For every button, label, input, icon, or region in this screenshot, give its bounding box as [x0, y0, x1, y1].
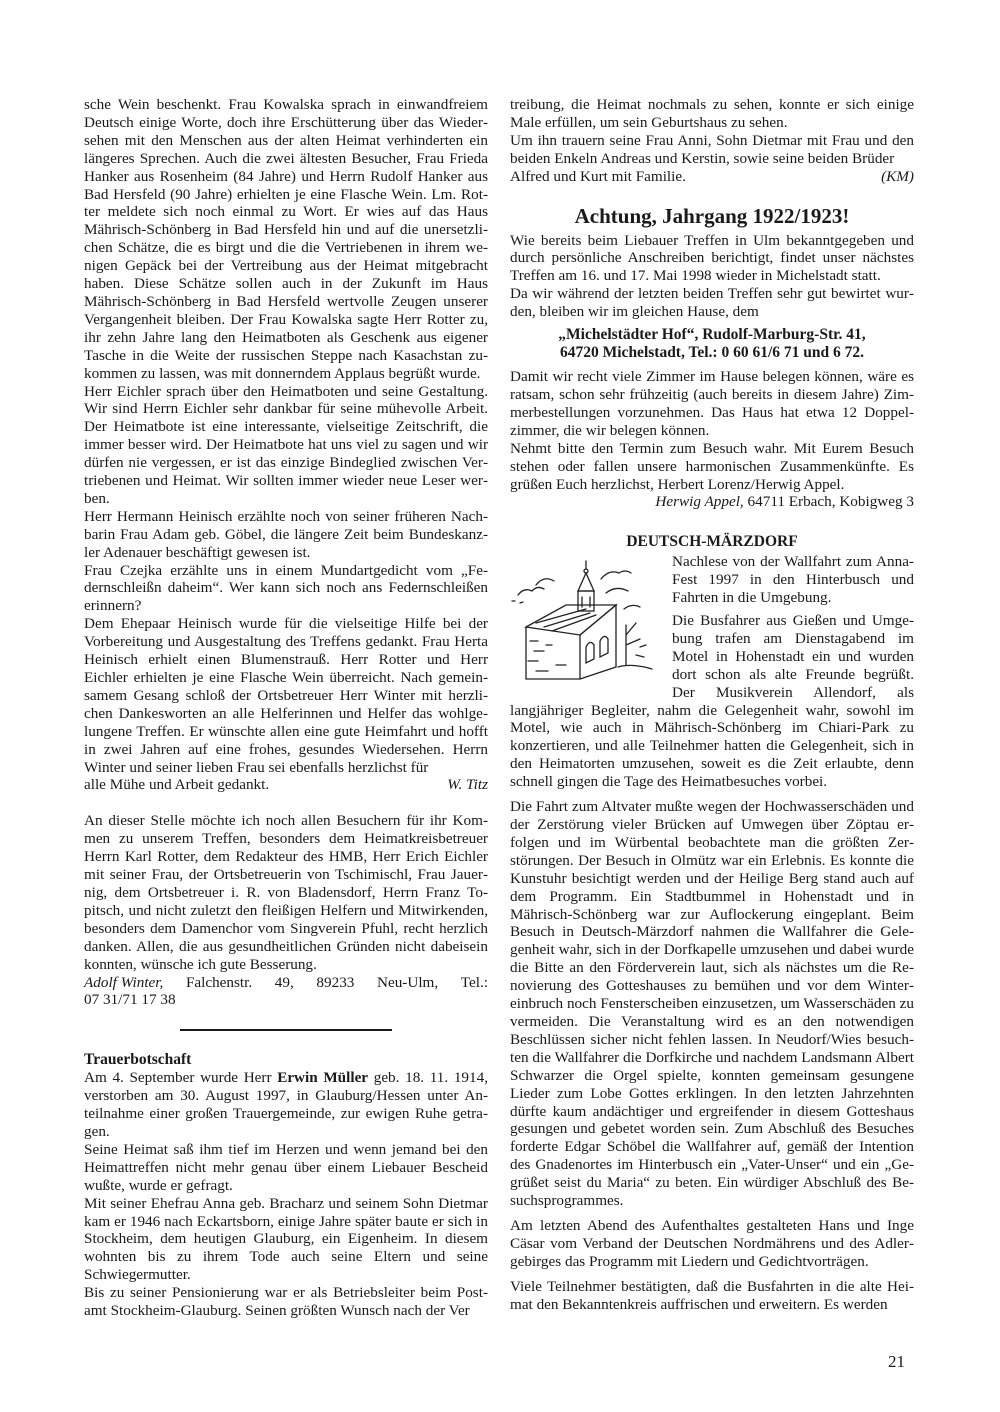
right-column: treibung, die Heimat nochmals zu sehen, …	[510, 96, 914, 1313]
obituary-paragraph: Mit seiner Ehefrau Anna geb. Bracharz un…	[84, 1195, 488, 1285]
signature-tel-label: Tel.:	[461, 974, 488, 992]
announcement-headline: Achtung, Jahrgang 1922/1923!	[510, 204, 914, 228]
page-number: 21	[888, 1352, 905, 1372]
hotel-address-line2: 64720 Michelstadt, Tel.: 0 60 61/6 71 un…	[510, 344, 914, 362]
section-divider	[180, 1029, 392, 1031]
signature-number: 49,	[275, 974, 294, 992]
announcement-signature: Herwig Appel, 64711 Erbach, Kobigweg 3	[510, 493, 914, 511]
report-paragraph: Dem Ehepaar Heinisch wurde für die viels…	[84, 615, 488, 776]
obituary-continued: treibung, die Heimat nochmals zu sehen, …	[510, 96, 914, 132]
obituary-author: (KM)	[881, 168, 914, 186]
report-paragraph: Herr Eichler sprach über den Heimatboten…	[84, 383, 488, 508]
obituary-intro: Am 4. September wurde Herr Erwin Müller …	[84, 1069, 488, 1141]
obituary-paragraph: Seine Heimat saß ihm tief im Herzen und …	[84, 1141, 488, 1195]
signature-zip: 89233	[316, 974, 354, 992]
obituary-closing-line: Alfred und Kurt mit Familie. (KM)	[510, 168, 914, 186]
report-closing-line: alle Mühe und Arbeit gedankt. W. Titz	[84, 776, 488, 794]
announcement-paragraph: Wie bereits beim Liebauer Treffen in Ulm…	[510, 232, 914, 286]
marzdorf-paragraph: Die Fahrt zum Altvater mußte wegen der H…	[510, 798, 914, 1210]
announcement-signature-address: 64711 Erbach, Kobigweg 3	[744, 493, 914, 510]
obituary-continued: Um ihn trauern seine Frau Anni, Sohn Die…	[510, 132, 914, 168]
signature-street: Falchenstr.	[186, 974, 252, 992]
thanks-paragraph: An dieser Stelle möchte ich noch allen B…	[84, 812, 488, 973]
announcement-paragraph: Da wir während der letzten beiden Treffe…	[510, 285, 914, 321]
marzdorf-paragraph: Am letzten Abend des Aufenthaltes gestal…	[510, 1217, 914, 1271]
marzdorf-heading: DEUTSCH-MÄRZDORF	[510, 533, 914, 551]
hotel-address: „Michelstädter Hof“, Rudolf-Marburg-Str.…	[510, 326, 914, 362]
announcement-paragraph: Damit wir recht viele Zimmer im Hause be…	[510, 368, 914, 440]
chapel-illustration	[506, 555, 666, 687]
announcement-paragraph: Nehmt bitte den Termin zum Besuch wahr. …	[510, 440, 914, 494]
report-paragraph: Herr Hermann Heinisch erzählte noch von …	[84, 508, 488, 562]
thanks-signature: Adolf Winter, Falchenstr. 49, 89233 Neu-…	[84, 974, 488, 992]
left-column: sche Wein beschenkt. Frau Kowalska sprac…	[84, 96, 488, 1320]
announcement-signature-name: Herwig Appel,	[655, 493, 743, 510]
chapel-drawing-icon	[506, 555, 666, 687]
report-paragraph: sche Wein beschenkt. Frau Kowalska sprac…	[84, 96, 488, 383]
report-last-line: alle Mühe und Arbeit gedankt.	[84, 776, 269, 794]
obituary-last-line: Alfred und Kurt mit Familie.	[510, 168, 686, 186]
obituary-heading: Trauerbotschaft	[84, 1051, 488, 1069]
marzdorf-paragraph: Viele Teilnehmer bestätigten, daß die Bu…	[510, 1278, 914, 1314]
signature-phone: 07 31/71 17 38	[84, 991, 488, 1009]
signature-name: Adolf Winter,	[84, 974, 163, 992]
report-paragraph: Frau Czejka erzählte uns in einem Mundar…	[84, 562, 488, 616]
signature-city: Neu-Ulm,	[377, 974, 438, 992]
obituary-paragraph: Bis zu seiner Pensionierung war er als B…	[84, 1284, 488, 1320]
hotel-address-line1: „Michelstädter Hof“, Rudolf-Marburg-Str.…	[510, 326, 914, 344]
report-author: W. Titz	[447, 776, 488, 794]
deceased-name: Erwin Müller	[277, 1069, 368, 1086]
